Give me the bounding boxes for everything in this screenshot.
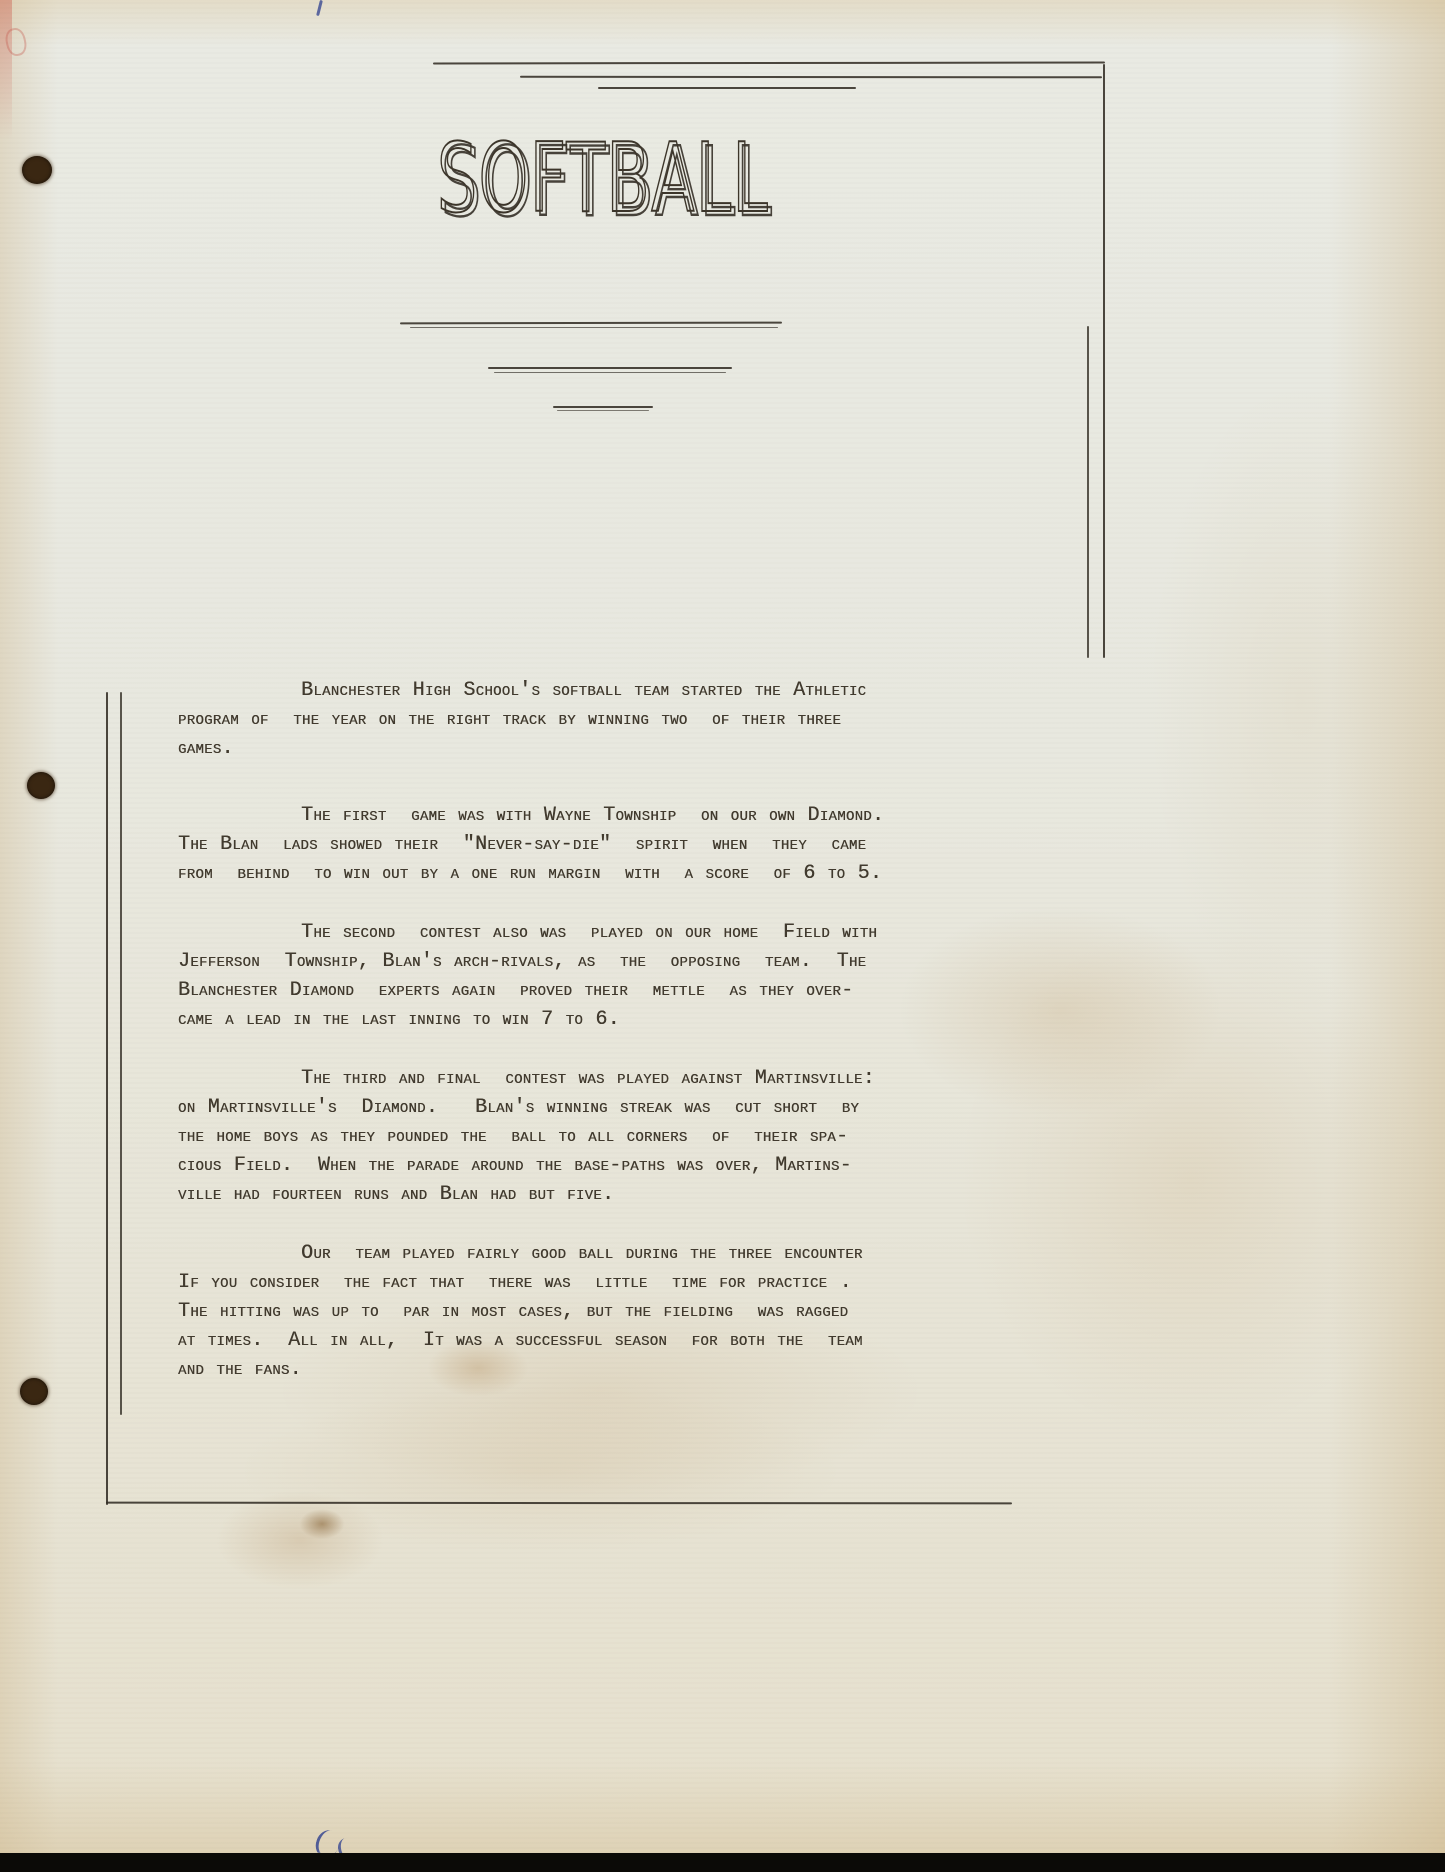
typed-line: and the fans. <box>178 1355 1078 1384</box>
paragraph-1: Blanchester High School's softball team … <box>178 676 1078 763</box>
punch-hole-bottom <box>20 1378 48 1405</box>
divider-rule-1b <box>410 327 778 328</box>
border-rule-right-1 <box>1103 64 1105 658</box>
divider-rule-2b <box>494 372 726 373</box>
typed-line: Blanchester High School's softball team … <box>178 676 1078 705</box>
typed-line: from behind to win out by a one run marg… <box>178 859 1078 888</box>
border-rule-left-1 <box>106 692 108 1505</box>
border-rule-top-2 <box>520 76 1102 79</box>
typed-line: Blanchester Diamond experts again proved… <box>178 976 1078 1005</box>
typed-line: The Blan lads showed their "Never-say-di… <box>178 830 1078 859</box>
typed-line: came a lead in the last inning to win 7 … <box>178 1005 1078 1034</box>
scanned-page: SOFTBALL SOFTBALL Blanchester High Schoo… <box>0 0 1445 1854</box>
paragraph-4: The third and final contest was played a… <box>178 1064 1078 1209</box>
paragraph-2: The first game was with Wayne Township o… <box>178 801 1078 888</box>
page-title: SOFTBALL <box>437 124 769 234</box>
border-rule-top-1 <box>433 62 1105 65</box>
paragraph-5: Our team played fairly good ball during … <box>178 1239 1078 1384</box>
punch-hole-top <box>22 156 52 184</box>
paragraph-3: The second contest also was played on ou… <box>178 918 1078 1034</box>
typed-line: at times. All in all, It was a successfu… <box>178 1326 1078 1355</box>
typed-line: Our team played fairly good ball during … <box>178 1239 1078 1268</box>
typed-line: games. <box>178 734 1078 763</box>
typed-line: Jefferson Township, Blan's arch-rivals, … <box>178 947 1078 976</box>
scan-background-band <box>0 1853 1445 1872</box>
border-rule-top-3 <box>598 87 856 89</box>
divider-rule-1 <box>400 322 782 325</box>
typed-line: on Martinsville's Diamond. Blan's winnin… <box>178 1093 1078 1122</box>
typed-line: cious Field. When the parade around the … <box>178 1151 1078 1180</box>
typed-line: the home boys as they pounded the ball t… <box>178 1122 1078 1151</box>
typed-line: The hitting was up to par in most cases,… <box>178 1297 1078 1326</box>
typed-line: The second contest also was played on ou… <box>178 918 1078 947</box>
punch-hole-middle <box>27 772 55 799</box>
divider-rule-3b <box>557 410 649 411</box>
typed-line: The third and final contest was played a… <box>178 1064 1078 1093</box>
body-text: Blanchester High School's softball team … <box>178 676 1078 1414</box>
border-rule-left-2 <box>120 692 122 1415</box>
divider-rule-2 <box>488 367 732 369</box>
blue-pen-tick <box>316 0 323 16</box>
typed-line: If you consider the fact that there was … <box>178 1268 1078 1297</box>
red-smudge-mark <box>0 0 12 140</box>
typed-line: ville had fourteen runs and Blan had but… <box>178 1180 1078 1209</box>
title-art: SOFTBALL SOFTBALL <box>420 112 790 252</box>
divider-rule-3 <box>553 406 653 408</box>
border-rule-right-2 <box>1087 326 1089 658</box>
border-rule-bottom <box>106 1502 1012 1505</box>
typed-line: program of the year on the right track b… <box>178 705 1078 734</box>
typed-line: The first game was with Wayne Township o… <box>178 801 1078 830</box>
